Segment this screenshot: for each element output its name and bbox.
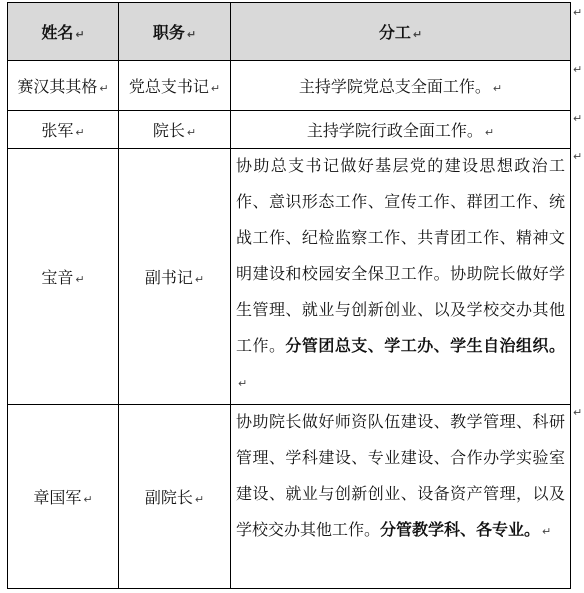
end-of-cell-mark: ↵ (483, 126, 494, 139)
end-of-cell-mark: ↵ (185, 28, 196, 41)
document-page: 姓名↵ 职务↵ 分工↵ 赛汉其其格↵ 党总支书记↵ 主持学院党总支全面工作。↵ … (0, 0, 584, 593)
end-of-row-mark: ↵ (573, 6, 582, 19)
end-of-row-mark: ↵ (573, 406, 582, 419)
table-row: 赛汉其其格↵ 党总支书记↵ 主持学院党总支全面工作。↵ (8, 61, 571, 111)
title-text: 党总支书记 (129, 79, 209, 96)
name-text: 张军 (41, 123, 73, 140)
end-of-cell-mark: ↵ (73, 28, 84, 41)
end-of-cell-mark: ↵ (540, 525, 551, 538)
end-of-cell-mark: ↵ (236, 377, 247, 390)
duty-text: 主持学院行政全面工作。 (307, 123, 483, 140)
duty-text-bold: 分管教学科、各专业。 (380, 522, 540, 539)
name-text: 宝音 (41, 270, 73, 287)
duty-text-bold: 分管团总支、学工办、学生自治组织。 (285, 338, 565, 355)
header-cell-name[interactable]: 姓名↵ (8, 3, 119, 61)
end-of-cell-mark: ↵ (209, 82, 220, 95)
end-of-cell-mark: ↵ (411, 28, 422, 41)
end-of-cell-mark: ↵ (491, 82, 502, 95)
header-cell-duty[interactable]: 分工↵ (231, 3, 571, 61)
end-of-cell-mark: ↵ (185, 126, 196, 139)
cell-duty[interactable]: 协助总支书记做好基层党的建设思想政治工作、意识形态工作、宣传工作、群团工作、统战… (231, 149, 571, 405)
end-of-row-mark: ↵ (573, 150, 582, 163)
duty-text: 协助院长做好师资队伍建设、教学管理、科研管理、学科建设、专业建设、合作办学实验室… (236, 414, 565, 539)
cell-duty[interactable]: 主持学院党总支全面工作。↵ (231, 61, 571, 111)
table-row: 张军↵ 院长↵ 主持学院行政全面工作。↵ (8, 111, 571, 149)
duty-text: 协助总支书记做好基层党的建设思想政治工作、意识形态工作、宣传工作、群团工作、统战… (236, 158, 565, 355)
table-row: 宝音↵ 副书记↵ 协助总支书记做好基层党的建设思想政治工作、意识形态工作、宣传工… (8, 149, 571, 405)
cell-title[interactable]: 副院长↵ (119, 405, 231, 589)
cell-name[interactable]: 赛汉其其格↵ (8, 61, 119, 111)
cell-title[interactable]: 副书记↵ (119, 149, 231, 405)
title-text: 副书记 (145, 270, 193, 287)
title-text: 副院长 (145, 490, 193, 507)
header-duty-label: 分工 (379, 25, 411, 42)
name-text: 章国军 (33, 490, 81, 507)
end-of-row-mark: ↵ (573, 63, 582, 76)
header-cell-title[interactable]: 职务↵ (119, 3, 231, 61)
header-title-label: 职务 (153, 25, 185, 42)
name-text: 赛汉其其格 (17, 79, 97, 96)
cell-name[interactable]: 宝音↵ (8, 149, 119, 405)
header-name-label: 姓名 (41, 25, 73, 42)
end-of-cell-mark: ↵ (73, 126, 84, 139)
end-of-row-mark: ↵ (573, 112, 582, 125)
cell-title[interactable]: 党总支书记↵ (119, 61, 231, 111)
end-of-cell-mark: ↵ (73, 273, 84, 286)
end-of-cell-mark: ↵ (193, 273, 204, 286)
cell-name[interactable]: 张军↵ (8, 111, 119, 149)
table-header-row: 姓名↵ 职务↵ 分工↵ (8, 3, 571, 61)
cell-title[interactable]: 院长↵ (119, 111, 231, 149)
end-of-cell-mark: ↵ (81, 493, 92, 506)
end-of-cell-mark: ↵ (97, 82, 108, 95)
table-row: 章国军↵ 副院长↵ 协助院长做好师资队伍建设、教学管理、科研管理、学科建设、专业… (8, 405, 571, 589)
title-text: 院长 (153, 123, 185, 140)
duty-text: 主持学院党总支全面工作。 (299, 79, 491, 96)
cell-duty[interactable]: 主持学院行政全面工作。↵ (231, 111, 571, 149)
staff-duty-table: 姓名↵ 职务↵ 分工↵ 赛汉其其格↵ 党总支书记↵ 主持学院党总支全面工作。↵ … (7, 2, 571, 589)
cell-duty[interactable]: 协助院长做好师资队伍建设、教学管理、科研管理、学科建设、专业建设、合作办学实验室… (231, 405, 571, 589)
end-of-cell-mark: ↵ (193, 493, 204, 506)
cell-name[interactable]: 章国军↵ (8, 405, 119, 589)
